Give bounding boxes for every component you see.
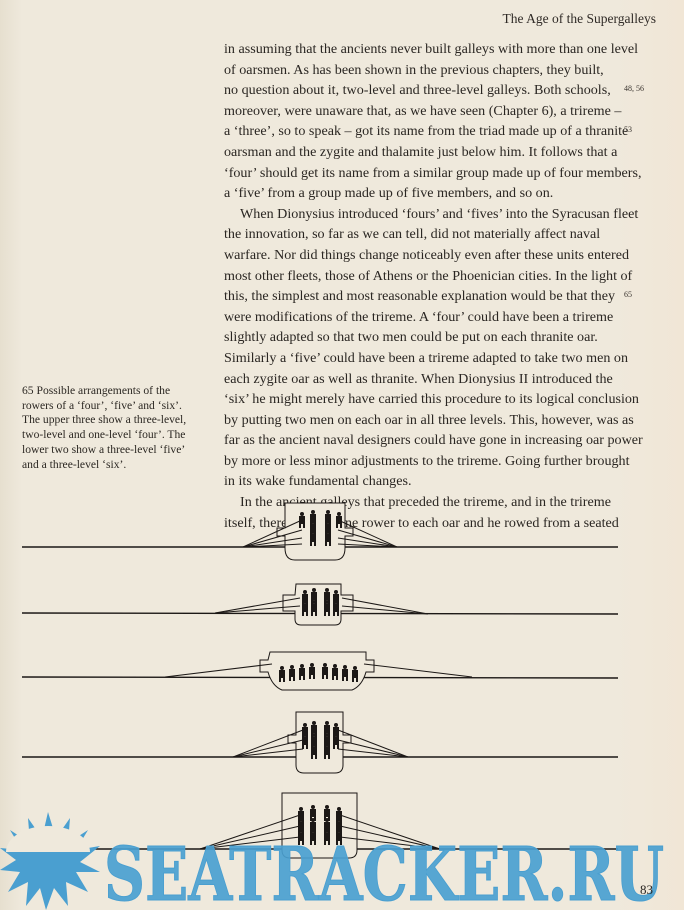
diagram-three-level-four (22, 503, 618, 560)
body-line: in its wake fundamental changes. (224, 471, 597, 492)
body-line: most other fleets, those of Athens or th… (224, 266, 597, 287)
caption-line: rowers of a ‘four’, ‘five’ and ‘six’. (22, 399, 232, 414)
body-line: by more or less minor adjustments to the… (224, 451, 597, 472)
margin-figure-ref: 53 (624, 125, 632, 134)
body-line: by putting two men on each oar in all th… (224, 410, 597, 431)
diagram-two-level-four (22, 584, 618, 625)
caption-line: lower two show a three-level ‘five’ (22, 443, 232, 458)
galley-cross-sections-figure (0, 495, 684, 865)
body-line: a ‘three’, so to speak – got its name fr… (224, 121, 597, 142)
caption-line: and a three-level ‘six’. (22, 458, 232, 473)
margin-figure-ref: 48, 56 (624, 84, 644, 93)
body-line: oarsman and the zygite and thalamite jus… (224, 142, 597, 163)
figure-caption: 65 Possible arrangements of the rowers o… (22, 384, 232, 472)
caption-line: The upper three show a three-level, (22, 413, 232, 428)
running-head: The Age of the Supergalleys (503, 11, 656, 27)
body-line: warfare. Nor did things change noticeabl… (224, 245, 597, 266)
body-line: each zygite oar as well as thranite. Whe… (224, 369, 597, 390)
margin-figure-ref: 65 (624, 290, 632, 299)
body-line: were modifications of the trireme. A ‘fo… (224, 307, 597, 328)
page-number: 83 (640, 882, 653, 898)
body-line: ‘six’ he might merely have carried this … (224, 389, 597, 410)
body-line: far as the ancient naval designers could… (224, 430, 597, 451)
caption-line: 65 Possible arrangements of the (22, 384, 232, 399)
body-line: Similarly a ‘five’ could have been a tri… (224, 348, 597, 369)
body-line: no question about it, two-level and thre… (224, 80, 597, 101)
caption-line: two-level and one-level ‘four’. The (22, 428, 232, 443)
body-line: of oarsmen. As has been shown in the pre… (224, 60, 597, 81)
body-line: ‘four’ should get its name from a simila… (224, 163, 597, 184)
body-line: the innovation, so far as we can tell, d… (224, 224, 597, 245)
diagram-three-level-five (22, 712, 618, 773)
body-line: a ‘five’ from a group made up of five me… (224, 183, 597, 204)
body-line: this, the simplest and most reasonable e… (224, 286, 597, 307)
body-line: in assuming that the ancients never buil… (224, 39, 597, 60)
body-line: slightly adapted so that two men could b… (224, 327, 597, 348)
diagram-one-level-four (22, 652, 618, 690)
body-line: moreover, were unaware that, as we have … (224, 101, 597, 122)
body-text: in assuming that the ancients never buil… (224, 39, 597, 533)
body-line: When Dionysius introduced ‘fours’ and ‘f… (224, 204, 597, 225)
diagram-three-level-six (22, 793, 618, 858)
